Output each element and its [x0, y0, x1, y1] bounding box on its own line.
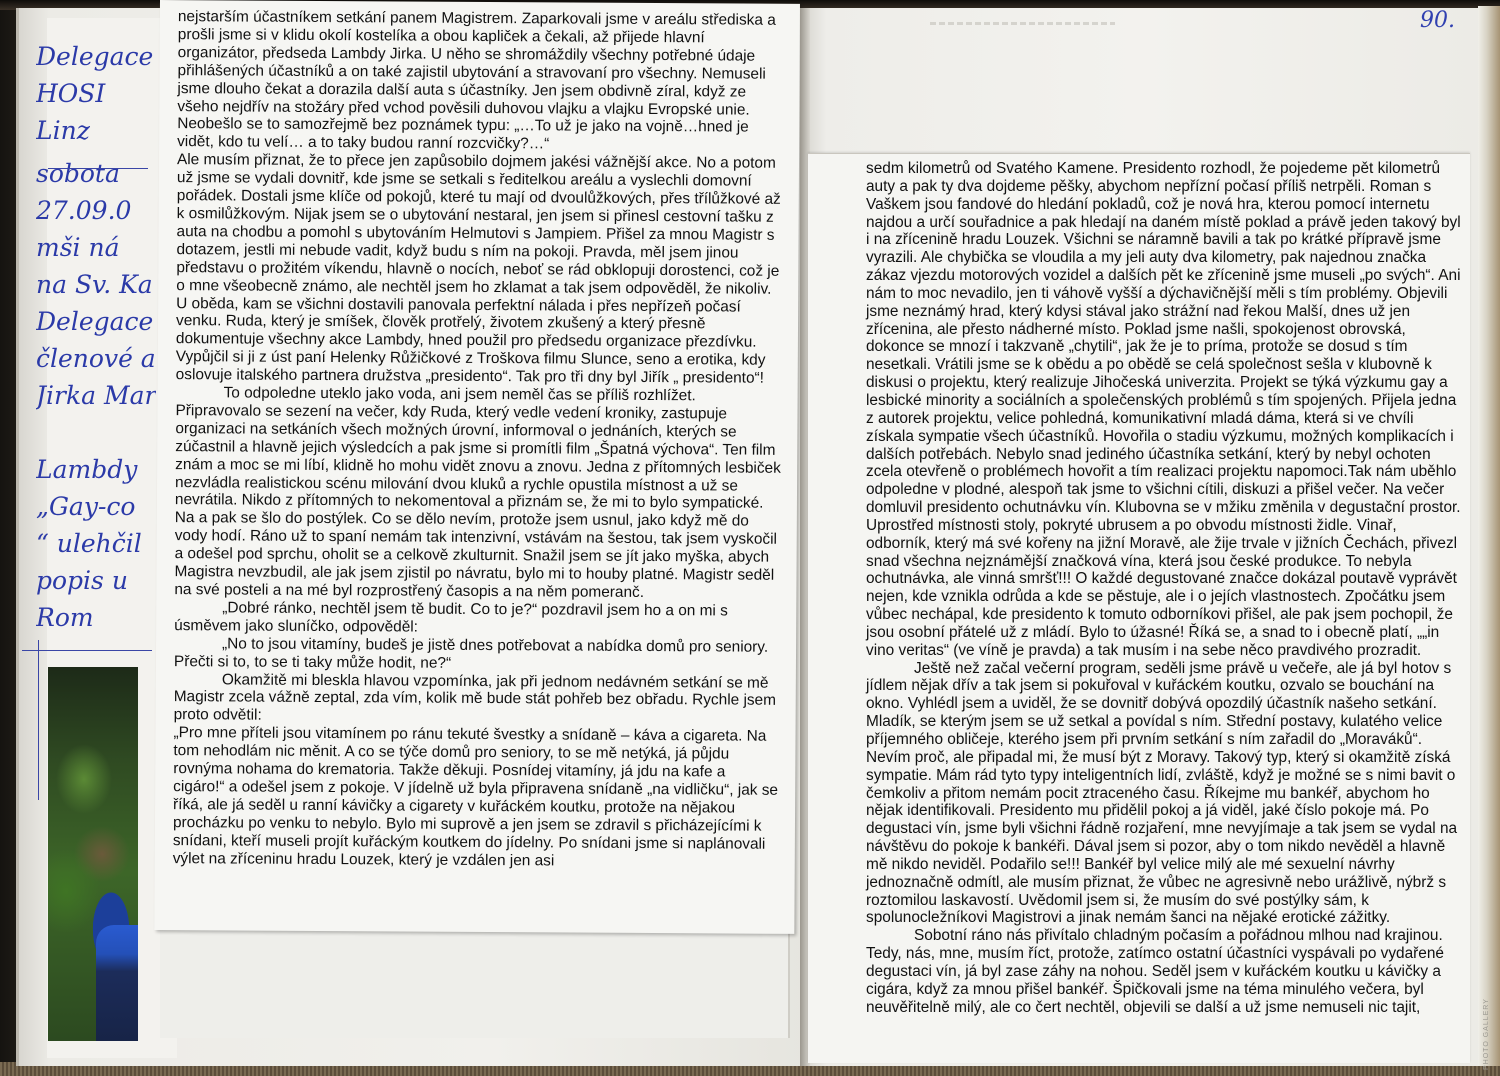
handwritten-line: sobota	[36, 155, 156, 192]
paragraph: „Pro mne příteli jsou vitamínem po ránu …	[173, 724, 780, 871]
handwritten-line: 27.09.0	[36, 192, 156, 229]
handwritten-underline	[22, 650, 152, 651]
watermark: PHOTO GALLERY	[1483, 900, 1495, 1070]
handwritten-line: členové a	[36, 340, 156, 377]
paragraph: To odpoledne uteklo jako voda, ani jsem …	[174, 384, 781, 603]
handwritten-line: Delegace	[36, 303, 156, 340]
bleed-through-text	[930, 22, 1115, 25]
paragraph: sedm kilometrů od Svatého Kamene. Presid…	[866, 160, 1464, 660]
handwritten-margin-line	[38, 640, 39, 800]
handwritten-line: “ ulehčil	[36, 525, 156, 562]
left-paper-underlayer	[160, 918, 790, 1038]
paragraph: Ještě než začal večerní program, seděli …	[866, 660, 1464, 928]
handwritten-line: mši ná	[36, 229, 156, 266]
margin-handwritten-notes: Delegace HOSI Linz sobota 27.09.0 mši ná…	[36, 38, 156, 636]
handwritten-line: na Sv. Ka	[36, 266, 156, 303]
right-page-text: sedm kilometrů od Svatého Kamene. Presid…	[866, 160, 1464, 1017]
handwritten-line	[36, 414, 156, 451]
paragraph: Sobotní ráno nás přivítalo chladným poča…	[866, 927, 1464, 1016]
handwritten-line: Linz	[36, 112, 156, 149]
page-number: 90.	[1420, 8, 1455, 33]
handwritten-line: Delegace	[36, 38, 156, 75]
handwritten-underline	[48, 168, 148, 169]
handwritten-line: HOSI	[36, 75, 156, 112]
handwritten-line: Lambdy	[36, 451, 156, 488]
paragraph: Ale musím přiznat, že to přece jen zapůs…	[176, 151, 783, 387]
photo-person-blue-jacket	[96, 925, 138, 1041]
paragraph: Okamžitě mi bleskla hlavou vzpomínka, ja…	[174, 671, 780, 728]
handwritten-line: popis u	[36, 562, 156, 599]
left-printed-page: nejstarším účastníkem setkání panem Magi…	[154, 0, 800, 934]
paragraph: „No to jsou vitamíny, budeš je jistě dne…	[174, 635, 780, 675]
left-page-text: nejstarším účastníkem setkání panem Magi…	[173, 8, 784, 871]
handwritten-line: Rom	[36, 599, 156, 636]
handwritten-line: Jirka Mar	[36, 377, 156, 414]
paragraph: „Dobré ránko, nechtěl jsem tě budit. Co …	[174, 599, 780, 639]
right-printed-page: sedm kilometrů od Svatého Kamene. Presid…	[808, 153, 1470, 1063]
handwritten-line: „Gay-co	[36, 488, 156, 525]
paragraph: nejstarším účastníkem setkání panem Magi…	[177, 8, 784, 155]
